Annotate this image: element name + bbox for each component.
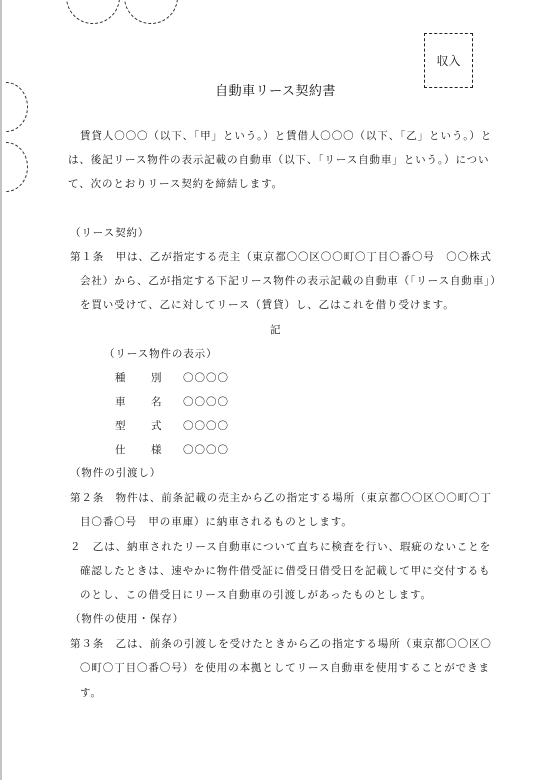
section-heading-lease-contract: （リース契約） — [70, 226, 149, 240]
article-3-line-2: 〇町〇丁目〇番〇号）を使用の本拠としてリース自動車を使用することができま — [80, 661, 490, 675]
article-3-line-1: 第３条 乙は、前条の引渡しを受けたときから乙の指定する場所（東京都〇〇区〇 — [70, 637, 492, 651]
ki-marker: 記 — [270, 323, 281, 337]
page-left-edge — [0, 0, 2, 780]
article-2-line-1: 第２条 物件は、前条記載の売主から乙の指定する場所（東京都〇〇区〇〇町〇丁 — [70, 491, 492, 505]
spec-value: 〇〇〇〇 — [183, 419, 229, 433]
spec-key-char-2: 様 — [151, 443, 162, 457]
article-1-line-2: 会社）から、乙が指定する下記リース物件の表示記載の自動車（「リース自動車」） — [80, 274, 502, 288]
spec-key-char-1: 種 — [115, 371, 126, 385]
spec-key-char-1: 仕 — [115, 443, 126, 457]
section-heading-use-storage: （物件の使用・保存） — [70, 612, 184, 626]
spec-key-char-2: 式 — [151, 419, 162, 433]
spec-key-char-2: 名 — [151, 395, 162, 409]
article-2-para-2-line-2: 確認したときは、速やかに物件借受証に借受日借受日を記載して甲に交付するも — [80, 564, 490, 578]
punch-hole-mark-top-2 — [124, 0, 178, 24]
punch-hole-mark-left-2 — [0, 142, 28, 192]
preamble-line-2: は、後記リース物件の表示記載の自動車（以下、「リース自動車」という。）につい — [68, 153, 489, 167]
article-3-line-3: す。 — [80, 686, 102, 700]
spec-value: 〇〇〇〇 — [183, 371, 229, 385]
revenue-stamp-label: 収入 — [436, 52, 460, 69]
article-1-line-1: 第１条 甲は、乙が指定する売主（東京都〇〇区〇〇町〇丁目〇番〇号 〇〇株式 — [70, 250, 492, 264]
preamble-line-1: 賃貸人〇〇〇（以下、「甲」という。）と賃借人〇〇〇（以下、「乙」という。）と — [80, 129, 492, 143]
spec-value: 〇〇〇〇 — [183, 443, 229, 457]
spec-heading: （リース物件の表示） — [104, 347, 217, 361]
article-2-para-2-line-3: のとし、この借受日にリース自動車の引渡しがあったものとします。 — [80, 588, 432, 602]
punch-hole-mark-top-1 — [66, 0, 120, 24]
spec-value: 〇〇〇〇 — [183, 395, 229, 409]
preamble-line-3: て、次のとおりリース契約を締結します。 — [68, 177, 283, 191]
section-heading-delivery: （物件の引渡し） — [70, 466, 161, 480]
spec-key-char-2: 別 — [151, 371, 162, 385]
article-2-para-2-line-1: ２ 乙は、納車されたリース自動車について直ちに検査を行い、瑕疵のないことを — [70, 540, 491, 554]
article-2-line-2: 目〇番〇号 甲の車庫）に納車されるものとします。 — [80, 515, 353, 529]
document-title: 自動車リース契約書 — [0, 80, 551, 99]
spec-key-char-1: 車 — [115, 395, 126, 409]
article-1-line-3: を買い受けて、乙に対してリース（賃貸）し、乙はこれを借り受けます。 — [80, 298, 455, 312]
spec-key-char-1: 型 — [115, 419, 126, 433]
